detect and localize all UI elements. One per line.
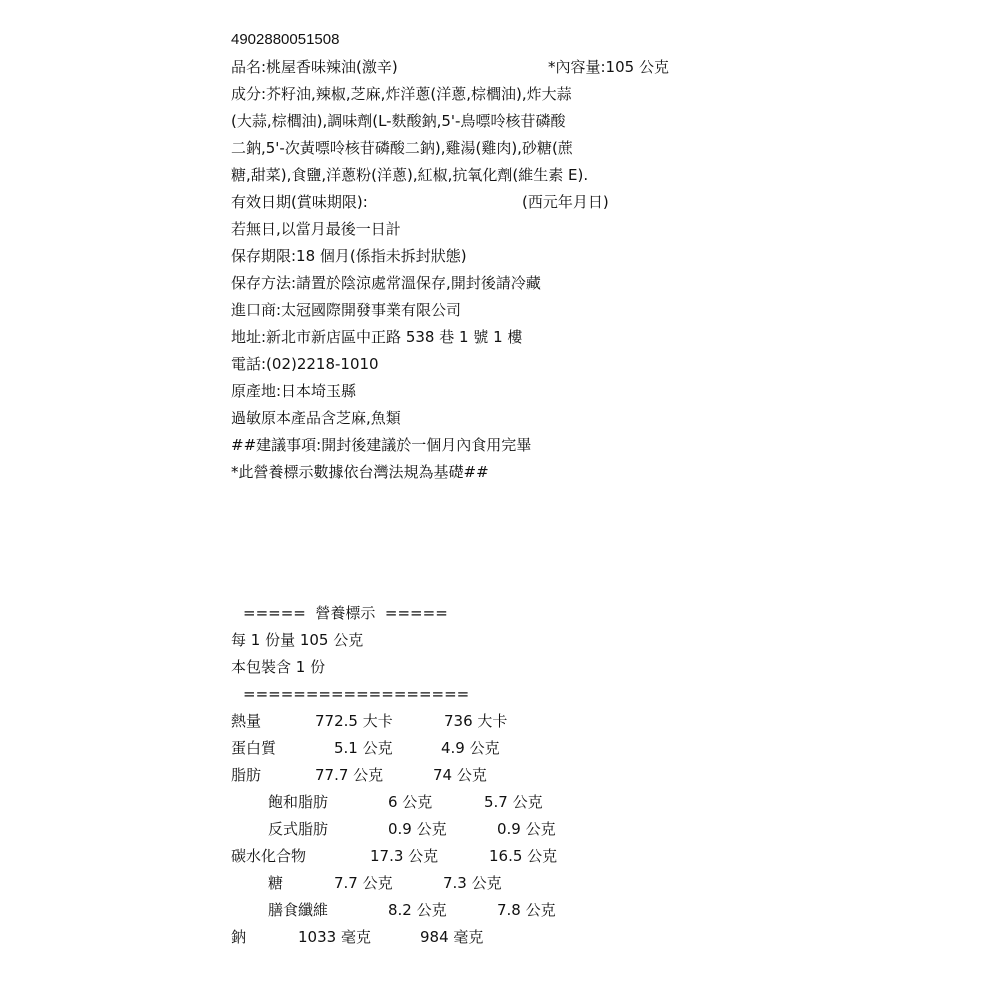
per-serving: 5.1 公克 bbox=[334, 738, 393, 758]
per-serving: 7.7 公克 bbox=[334, 873, 393, 893]
nutrient-name: 蛋白質 bbox=[231, 738, 276, 758]
per-100g: 0.9 公克 bbox=[497, 819, 556, 839]
ingredients-line-1: 成分:芥籽油,辣椒,芝麻,炸洋蔥(洋蔥,棕櫚油),炸大蒜 bbox=[231, 84, 572, 104]
expiry-note: 若無日,以當月最後一日計 bbox=[231, 219, 401, 239]
ingredients-line-2: (大蒜,棕櫚油),調味劑(L-麩酸鈉,5'-鳥嘌呤核苷磷酸 bbox=[231, 111, 565, 131]
nutrient-name: 反式脂肪 bbox=[268, 819, 328, 839]
per-100g: 4.9 公克 bbox=[441, 738, 500, 758]
per-serving: 77.7 公克 bbox=[315, 765, 383, 785]
allergen: 過敏原本產品含芝麻,魚類 bbox=[231, 408, 401, 428]
per-serving: 772.5 大卡 bbox=[315, 711, 393, 731]
servings-per-package: 本包裝含 1 份 bbox=[231, 657, 325, 677]
nutrient-name: 膳食纖維 bbox=[268, 900, 328, 920]
per-100g: 16.5 公克 bbox=[489, 846, 557, 866]
serving-size: 每 1 份量 105 公克 bbox=[231, 630, 363, 650]
barcode: 4902880051508 bbox=[231, 30, 339, 50]
address: 地址:新北市新店區中正路 538 巷 1 號 1 樓 bbox=[231, 327, 522, 347]
origin: 原產地:日本埼玉縣 bbox=[231, 381, 356, 401]
expiry-label: 有效日期(賞味期限): bbox=[231, 192, 368, 212]
shelf-life: 保存期限:18 個月(係指未拆封狀態) bbox=[231, 246, 467, 266]
ingredients-line-4: 糖,甜菜),食鹽,洋蔥粉(洋蔥),紅椒,抗氧化劑(維生素 E). bbox=[231, 165, 588, 185]
importer: 進口商:太冠國際開發事業有限公司 bbox=[231, 300, 461, 320]
per-serving: 17.3 公克 bbox=[370, 846, 438, 866]
nutrient-name: 飽和脂肪 bbox=[268, 792, 328, 812]
per-100g: 7.3 公克 bbox=[443, 873, 502, 893]
nutrient-name: 脂肪 bbox=[231, 765, 261, 785]
nutrient-name: 熱量 bbox=[231, 711, 261, 731]
nutrient-name: 鈉 bbox=[231, 927, 246, 947]
per-serving: 6 公克 bbox=[388, 792, 432, 812]
nutrition-divider: ================== bbox=[243, 684, 469, 704]
phone: 電話:(02)2218-1010 bbox=[231, 354, 379, 374]
net-content: *內容量:105 公克 bbox=[548, 57, 669, 77]
advice: ##建議事項:開封後建議於一個月內食用完畢 bbox=[231, 435, 531, 455]
nutrient-name: 碳水化合物 bbox=[231, 846, 306, 866]
per-serving: 8.2 公克 bbox=[388, 900, 447, 920]
per-100g: 736 大卡 bbox=[444, 711, 507, 731]
nutrition-title: ===== 營養標示 ===== bbox=[243, 603, 448, 623]
per-100g: 74 公克 bbox=[433, 765, 487, 785]
ingredients-line-3: 二鈉,5'-次黃嘌呤核苷磷酸二鈉),雞湯(雞肉),砂糖(蔗 bbox=[231, 138, 573, 158]
expiry-format: (西元年月日) bbox=[522, 192, 609, 212]
per-100g: 984 毫克 bbox=[420, 927, 483, 947]
storage-method: 保存方法:請置於陰涼處常溫保存,開封後請冷藏 bbox=[231, 273, 541, 293]
nutrient-name: 糖 bbox=[268, 873, 283, 893]
per-100g: 5.7 公克 bbox=[484, 792, 543, 812]
per-serving: 1033 毫克 bbox=[298, 927, 371, 947]
per-serving: 0.9 公克 bbox=[388, 819, 447, 839]
product-name: 品名:桃屋香味辣油(激辛) bbox=[231, 57, 398, 77]
nutrition-basis-note: *此營養標示數據依台灣法規為基礎## bbox=[231, 462, 489, 482]
per-100g: 7.8 公克 bbox=[497, 900, 556, 920]
